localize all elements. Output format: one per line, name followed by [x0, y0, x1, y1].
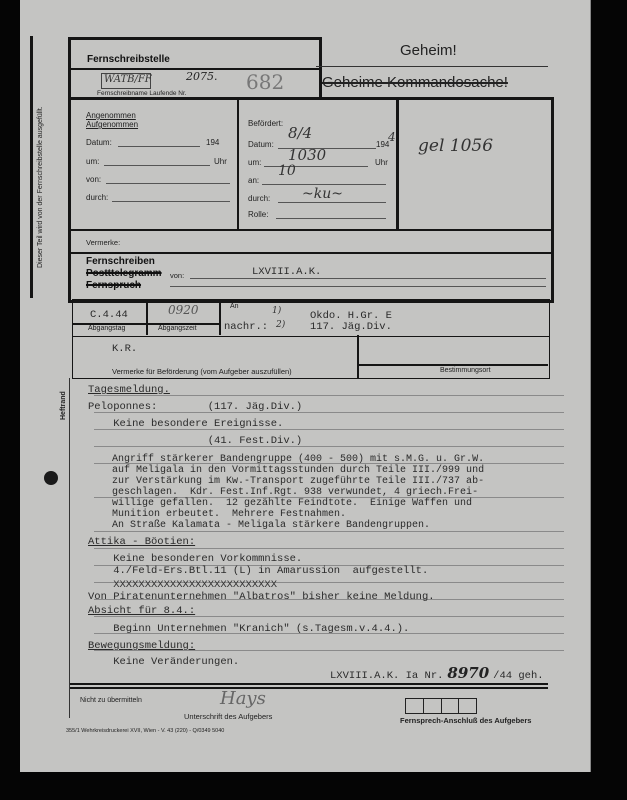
body-line: 4./Feld-Ers.Btl.11 (L) in Amarussion auf…: [88, 565, 428, 577]
message-type-post-telegram: Postttelegramm: [86, 268, 162, 279]
classification-secret: Geheim!: [400, 42, 457, 59]
handwritten-note: gel 1056: [418, 136, 493, 156]
body-line: Peloponnes: (117. Jäg.Div.): [88, 401, 302, 413]
forwarded-durch-label: durch:: [248, 194, 270, 203]
station-name-field: WATB/FF: [101, 73, 151, 89]
received-von-label: von:: [86, 175, 101, 184]
forwarded-datum-value: 8/4: [288, 124, 312, 142]
recipient-2: 117. Jäg.Div.: [310, 321, 392, 333]
received-datum-label: Datum:: [86, 138, 112, 147]
signature-label: Unterschrift des Aufgebers: [184, 712, 272, 721]
forwarded-signature: ~ku~: [302, 186, 343, 202]
teletype-form-page: Dieser Teil wird von der Fernschreibstel…: [20, 0, 591, 772]
sender-von-label: von:: [170, 271, 184, 280]
body-line: Beginn Unternehmen "Kranich" (s.Tagesm.v…: [88, 623, 409, 635]
reference-number: LXVIII.A.K. Ia Nr. 8970 /44 geh.: [330, 664, 544, 683]
received-title-2: Aufgenommen: [86, 120, 138, 129]
body-line: Keine besondere Ereignisse.: [88, 418, 283, 430]
message-type-teletype: Fernschreiben: [86, 256, 155, 267]
sender-signature: Hays: [220, 688, 266, 709]
body-line-struck: XXXXXXXXXXXXXXXXXXXXXXXXXX: [88, 579, 277, 591]
received-um-label: um:: [86, 157, 99, 166]
side-bar: [30, 36, 33, 298]
station-sublabel: Fernschreibname Laufende Nr.: [97, 90, 187, 97]
forwarded-title: Befördert:: [248, 119, 283, 128]
side-note: Dieser Teil wird von der Fernschreibstel…: [37, 106, 44, 268]
body-line-heading: Bewegungsmeldung:: [88, 640, 195, 652]
recipient-2-num: 2): [276, 320, 285, 330]
sender-value: LXVIII.A.K.: [252, 266, 321, 278]
routing-label: Vermerke für Beförderung (vom Aufgeber a…: [112, 367, 292, 376]
body-line-heading: Attika - Böotien:: [88, 536, 195, 548]
forwarded-year-value: 4: [388, 130, 396, 144]
body-line: Keine besonderen Vorkommnisse.: [88, 553, 302, 565]
forwarded-datum-label: Datum:: [248, 140, 274, 149]
printer-line: 355/1 Wehrkreisdruckerei XVII, Wien - V.…: [66, 728, 224, 734]
classification-top-secret: Geheime Kommandosache!: [322, 74, 508, 91]
stamp-number: 682: [246, 70, 284, 94]
destination-label: Bestimmungsort: [440, 367, 491, 374]
recipient-an-label: An: [230, 303, 239, 310]
body-line: Von Piratenunternehmen "Albatros" bisher…: [88, 591, 435, 603]
routing-value: K.R.: [112, 343, 137, 355]
body-line-heading: Absicht für 8.4.:: [88, 605, 195, 617]
recipient-nachr-label: nachr.:: [224, 321, 268, 333]
message-type-phone: Fernspruch: [86, 280, 141, 291]
not-transmit-label: Nicht zu übermitteln: [80, 697, 142, 704]
forwarded-um-value: 1030: [288, 146, 326, 164]
vermerke-label: Vermerke:: [86, 238, 120, 247]
phone-label: Fernsprech-Anschluß des Aufgebers: [400, 716, 531, 725]
dispatch-date-label: Abgangstag: [88, 325, 125, 332]
serial-number: 2075.: [186, 70, 218, 83]
phone-number-boxes: [405, 698, 477, 714]
body-line: geschlagen. Kdr. Fest.Inf.Rgt. 938 verwu…: [88, 487, 478, 498]
body-line: willige gefallen. 12 gezählte Feindtote.…: [88, 498, 472, 509]
received-year-prefix: 194: [206, 138, 219, 147]
recipient-1-num: 1): [272, 306, 281, 316]
body-line: Keine Veränderungen.: [88, 656, 239, 668]
dispatch-time-label: Abgangszeit: [158, 325, 197, 332]
station-label: Fernschreibstelle: [87, 54, 170, 65]
binding-margin-label: Heftrand: [60, 391, 67, 420]
received-durch-label: durch:: [86, 193, 108, 202]
forwarded-an-value: 10: [278, 163, 296, 179]
punch-hole: [44, 471, 58, 485]
received-title-1: Angenommen: [86, 111, 136, 120]
forwarded-um-label: um:: [248, 158, 261, 167]
dispatch-time-value: 0920: [168, 303, 199, 317]
forwarded-uhr-label: Uhr: [375, 158, 388, 167]
forwarded-rolle-label: Rolle:: [248, 210, 268, 219]
body-line: zur Verstärkung im Kw.-Transport zugefüh…: [88, 476, 484, 487]
body-line: (41. Fest.Div.): [88, 435, 302, 447]
forwarded-an-label: an:: [248, 176, 259, 185]
body-line: Angriff stärkerer Bandengruppe (400 - 50…: [88, 454, 484, 465]
body-line: auf Meligala in den Vormittagsstunden du…: [88, 465, 484, 476]
dispatch-date-value: C.4.44: [90, 309, 128, 321]
body-line: An Straße Kalamata - Meligala stärkere B…: [88, 520, 430, 531]
body-line: Munition erbeutet. Mehrere Festnahmen.: [88, 509, 346, 520]
received-uhr-label: Uhr: [214, 157, 227, 166]
body-line-title: Tagesmeldung.: [88, 384, 170, 396]
